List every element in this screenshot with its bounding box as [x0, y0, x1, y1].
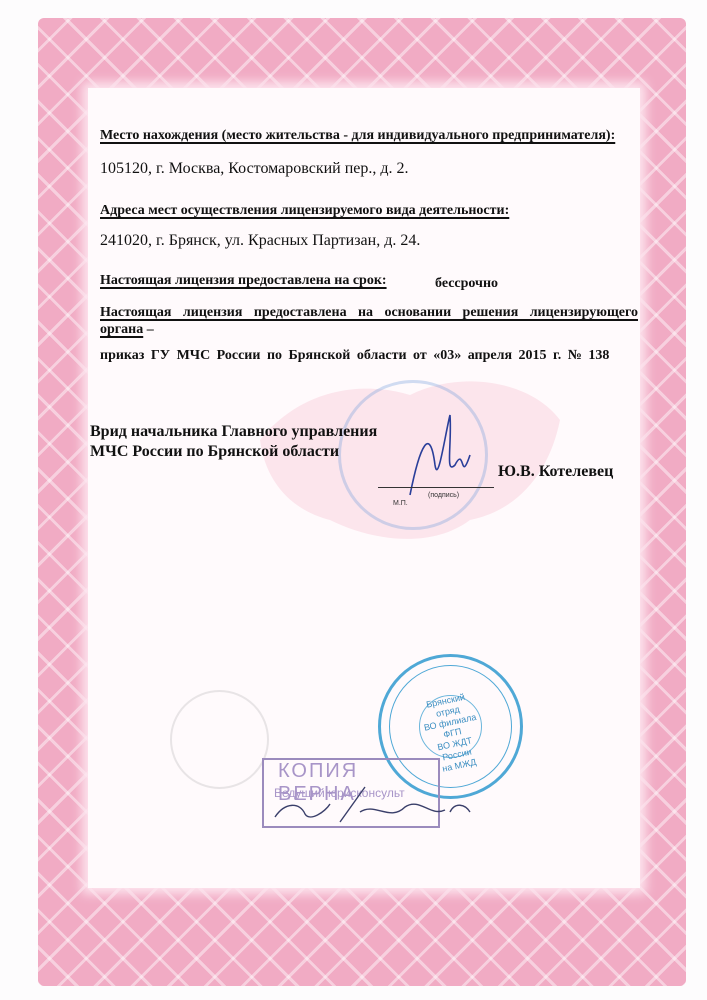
activity-address-label: Адреса мест осуществления лицензируемого…	[100, 203, 509, 219]
faded-stamp	[170, 690, 269, 789]
basis-label-line2: органа	[100, 322, 143, 337]
basis-label-line1: Настоящая лицензия предоставлена на осно…	[100, 305, 638, 321]
term-value: бессрочно	[435, 276, 498, 292]
activity-address-value: 241020, г. Брянск, ул. Красных Партизан,…	[100, 232, 420, 250]
seal-caption: М.П.	[393, 500, 408, 507]
basis-value: приказ ГУ МЧС России по Брянской области…	[100, 348, 609, 364]
signatory-name: Ю.В. Котелевец	[498, 463, 613, 481]
signatory-title-line1: Врид начальника Главного управления	[90, 423, 377, 441]
signature-caption: (подпись)	[428, 492, 459, 499]
copy-signature-scribble-icon	[270, 782, 480, 832]
basis-dash: –	[143, 322, 154, 337]
basis-label-line2-wrap: органа –	[100, 322, 154, 338]
location-label: Место нахождения (место жительства - для…	[100, 128, 615, 144]
signatory-title-line2: МЧС России по Брянской области	[90, 443, 339, 461]
document-page: Место нахождения (место жительства - для…	[0, 0, 707, 1000]
term-label: Настоящая лицензия предоставлена на срок…	[100, 273, 387, 289]
location-value: 105120, г. Москва, Костомаровский пер., …	[100, 160, 409, 178]
signature-scribble-icon	[400, 405, 480, 505]
signature-line	[378, 487, 494, 488]
